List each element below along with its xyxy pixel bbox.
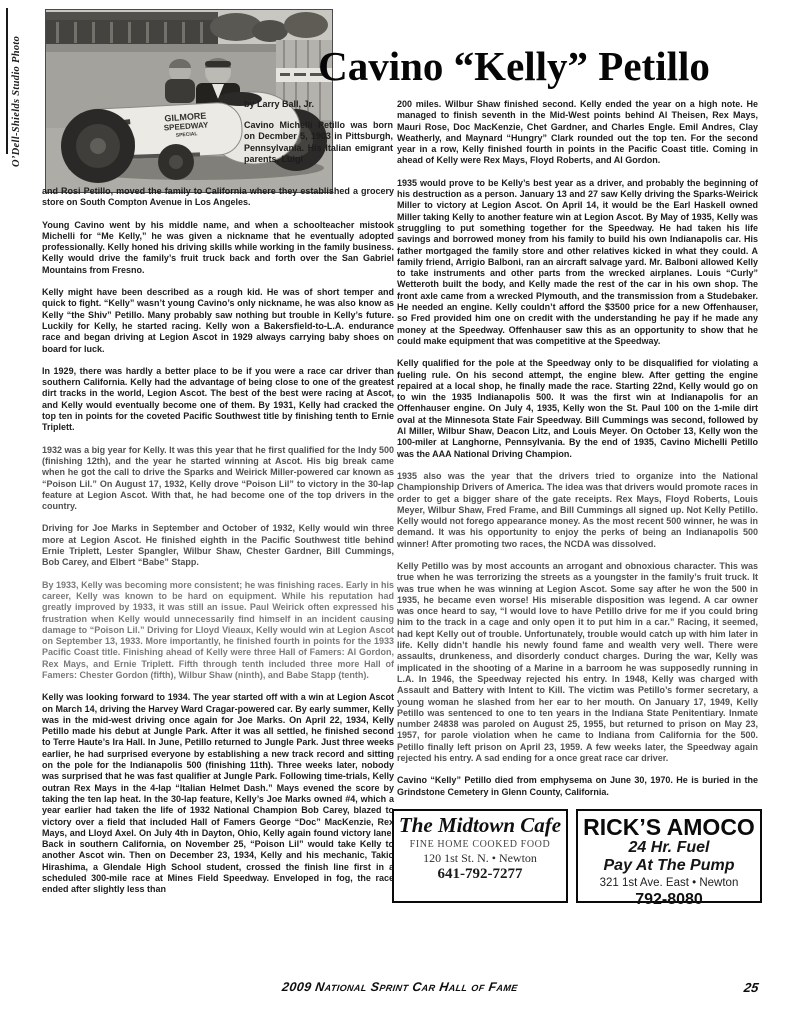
paragraph: In 1929, there was hardly a better place… bbox=[42, 366, 394, 434]
ad-ricks-line1: 24 Hr. Fuel bbox=[580, 839, 758, 857]
paragraph: Cavino “Kelly” Petillo died from emphyse… bbox=[397, 775, 758, 798]
ad-ricks-amoco: RICK’S AMOCO 24 Hr. Fuel Pay At The Pump… bbox=[576, 809, 762, 903]
byline: by Larry Ball, Jr. bbox=[244, 99, 393, 109]
advertisement-row: The Midtown Cafe FINE HOME COOKED FOOD 1… bbox=[392, 809, 762, 903]
paragraph: 1935 also was the year that the drivers … bbox=[397, 471, 758, 550]
ad-midtown-address: 120 1st St. N. • Newton bbox=[398, 851, 562, 866]
paragraph: 200 miles. Wilbur Shaw finished second. … bbox=[397, 99, 758, 167]
photo-credit-vertical: O’Dell-Shields Studio Photo bbox=[11, 10, 27, 192]
ad-ricks-address: 321 1st Ave. East • Newton bbox=[580, 877, 758, 889]
paragraph: Kelly was looking forward to 1934. The y… bbox=[42, 692, 394, 895]
page-title: Cavino “Kelly” Petillo bbox=[268, 42, 760, 90]
grandstand bbox=[46, 12, 218, 45]
paragraph: Young Cavino went by his middle name, an… bbox=[42, 220, 394, 276]
intro-column: by Larry Ball, Jr. Cavino Michelli Petil… bbox=[244, 99, 393, 176]
left-column: and Rosi Petillo, moved the family to Ca… bbox=[42, 186, 394, 907]
paragraph: 1932 was a big year for Kelly. It was th… bbox=[42, 445, 394, 513]
paragraph: Kelly qualified for the pole at the Spee… bbox=[397, 358, 758, 460]
footer-publication-title: 2009 National Sprint Car Hall of Fame bbox=[41, 980, 759, 994]
ad-ricks-name: RICK’S AMOCO bbox=[580, 815, 758, 839]
ad-ricks-phone: 792-8080 bbox=[580, 891, 758, 909]
ad-midtown-cafe: The Midtown Cafe FINE HOME COOKED FOOD 1… bbox=[392, 809, 568, 903]
paragraph: Kelly might have been described as a rou… bbox=[42, 287, 394, 355]
ad-midtown-tagline: FINE HOME COOKED FOOD bbox=[398, 839, 562, 850]
mechanic-figure bbox=[165, 59, 195, 103]
ad-midtown-phone: 641-792-7277 bbox=[398, 866, 562, 883]
page-footer: 2009 National Sprint Car Hall of Fame 25 bbox=[42, 980, 758, 994]
ad-ricks-line2: Pay At The Pump bbox=[580, 857, 758, 875]
paragraph: By 1933, Kelly was becoming more consist… bbox=[42, 580, 394, 682]
paragraph: 1935 would prove to be Kelly’s best year… bbox=[397, 178, 758, 347]
paragraph: and Rosi Petillo, moved the family to Ca… bbox=[42, 186, 394, 209]
scan-artifact-line bbox=[6, 8, 8, 154]
paragraph: Kelly Petillo was by most accounts an ar… bbox=[397, 561, 758, 764]
intro-paragraph: Cavino Michelli Petillo was born on Decm… bbox=[244, 120, 393, 165]
page-number: 25 bbox=[742, 980, 759, 995]
ad-midtown-name: The Midtown Cafe bbox=[398, 815, 562, 836]
paragraph: Driving for Joe Marks in September and O… bbox=[42, 523, 394, 568]
right-column: 200 miles. Wilbur Shaw finished second. … bbox=[397, 99, 758, 903]
magazine-page: O’Dell-Shields Studio Photo bbox=[0, 0, 791, 1023]
